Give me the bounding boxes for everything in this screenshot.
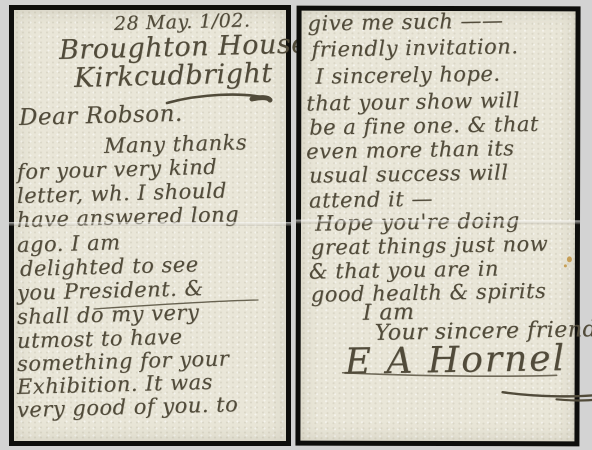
letter-page-1: 28 May. 1/02. Broughton House Kirkcudbri… <box>9 5 291 446</box>
letter-page-2: give me such —— friendly invitation. I s… <box>295 6 580 447</box>
foxing-spot <box>564 264 567 267</box>
handwriting-line: Hope you're doing <box>315 210 520 234</box>
handwriting-line: friendly invitation. <box>311 36 518 60</box>
salutation: Dear Robson. <box>19 103 183 130</box>
signature-flourish <box>499 387 592 403</box>
handwriting-line: I sincerely hope. <box>315 64 500 88</box>
foxing-spot <box>567 256 572 262</box>
handwriting-line: very good of you. to <box>17 394 239 421</box>
handwriting-line: be a fine one. & that <box>309 114 539 139</box>
handwriting-line: good health & spirits <box>311 281 547 306</box>
handwriting-line: even more than its <box>306 138 515 162</box>
handwriting-line: great things just now <box>311 234 549 259</box>
handwriting-line: have answered long <box>17 204 240 231</box>
handwriting-line: usual success will <box>309 162 509 186</box>
handwriting-line: ago. I am <box>17 232 121 256</box>
handwriting-line: that your show will <box>306 90 520 115</box>
handwriting-line: Many thanks <box>104 132 248 157</box>
handwriting-line: attend it — <box>309 189 433 212</box>
signature-strike <box>341 367 561 382</box>
handwriting-line: give me such —— <box>307 10 503 34</box>
address-line: Kirkcudbright <box>74 60 273 92</box>
